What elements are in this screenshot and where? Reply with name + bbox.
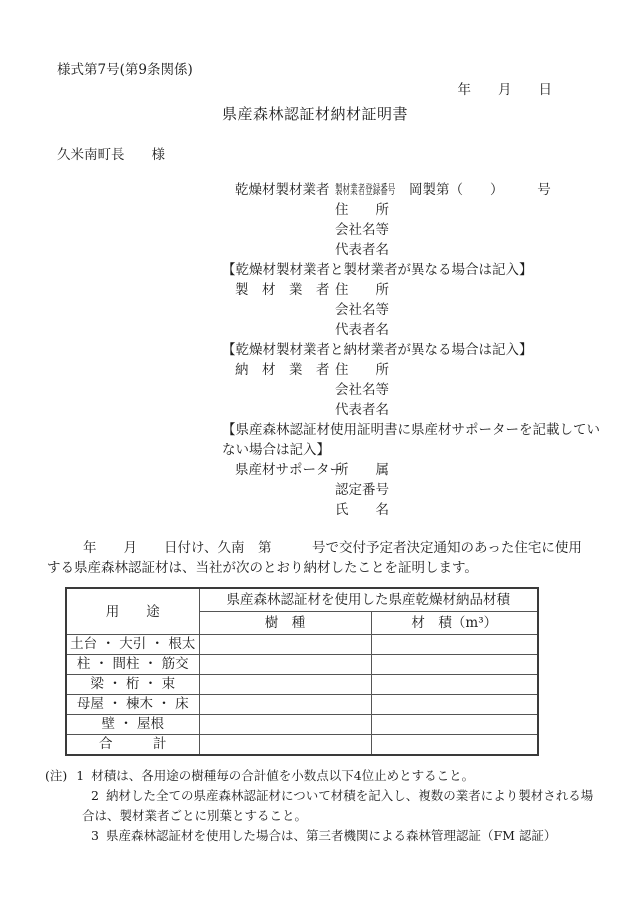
note-number: 3 — [91, 828, 99, 843]
notes-label: (注) — [45, 768, 67, 783]
supporter-bracket-note-line2: ない場合は記入】 — [0, 440, 630, 460]
note-text: 合は、製材業者ごとに別葉とすること。 — [82, 808, 307, 823]
document-title: 県産森林認証材納材証明書 — [0, 104, 630, 124]
dry-lumber-manufacturer-block: 乾燥材製材業者 製材業者登録番号 岡製第（ ） 号 住 所 会社名等 代表者名 — [0, 180, 630, 260]
note-text: 県産森林認証材を使用した場合は、第三者機関による森林管理認証（FM 認証） — [106, 828, 556, 843]
timber-supplier-representative-label: 代表者名 — [0, 400, 630, 420]
note-item-2: 2納材した全ての県産森林認証材について材積を記入し、複数の業者により製材される場 — [0, 786, 630, 806]
volume-cell — [371, 655, 538, 675]
volume-cell — [371, 695, 538, 715]
note-number: 1 — [76, 768, 84, 783]
note-text: 納材した全ての県産森林認証材について材積を記入し、複数の業者により製材される場 — [106, 788, 593, 803]
note-text: 材積は、各用途の樹種毎の合計値を小数点以下4位止めとすること。 — [91, 768, 474, 783]
timber-supplier-block: 【乾燥材製材業者と納材業者が異なる場合は記入】 納 材 業 者 住 所 会社名等… — [0, 340, 630, 420]
materials-table: 用 途 県産森林認証材を使用した県産乾燥材納品材積 樹 種 材 積（m³） 土台… — [65, 587, 539, 756]
supporter-name-label: 氏 名 — [0, 500, 630, 520]
lumber-manufacturer-address-label: 住 所 — [335, 280, 389, 300]
use-cell: 柱 ・ 間柱 ・ 筋交 — [66, 655, 199, 675]
timber-supplier-heading-row: 納 材 業 者 住 所 — [0, 360, 630, 380]
note-number: 2 — [91, 788, 99, 803]
table-row: 梁 ・ 桁 ・ 束 — [66, 675, 538, 695]
volume-cell — [371, 635, 538, 655]
use-cell-total: 合 計 — [66, 735, 199, 756]
table-row: 柱 ・ 間柱 ・ 筋交 — [66, 655, 538, 675]
lumber-manufacturer-bracket-note: 【乾燥材製材業者と製材業者が異なる場合は記入】 — [0, 260, 630, 280]
note-item-3: 3県産森林認証材を使用した場合は、第三者機関による森林管理認証（FM 認証） — [0, 826, 630, 846]
supporter-certification-number-label: 認定番号 — [0, 480, 630, 500]
use-cell: 壁 ・ 屋根 — [66, 715, 199, 735]
dry-lumber-company-label: 会社名等 — [0, 220, 630, 240]
registration-number-label: 製材業者登録番号 — [335, 181, 395, 201]
use-column-header: 用 途 — [66, 588, 199, 635]
dry-lumber-heading-row: 乾燥材製材業者 製材業者登録番号 岡製第（ ） 号 — [0, 180, 630, 200]
species-cell — [199, 735, 371, 756]
note-item-1: (注)1材積は、各用途の樹種毎の合計値を小数点以下4位止めとすること。 — [0, 766, 630, 786]
note-item-2-continuation: 合は、製材業者ごとに別葉とすること。 — [0, 806, 630, 826]
document-page: 様式第7号(第9条関係) 年 月 日 県産森林認証材納材証明書 久米南町長 様 … — [0, 0, 630, 903]
volume-column-header: 材 積（m³） — [371, 612, 538, 635]
use-cell: 母屋 ・ 棟木 ・ 床 — [66, 695, 199, 715]
species-cell — [199, 655, 371, 675]
table-row: 母屋 ・ 棟木 ・ 床 — [66, 695, 538, 715]
lumber-manufacturer-heading-row: 製 材 業 者 住 所 — [0, 280, 630, 300]
lumber-manufacturer-block: 【乾燥材製材業者と製材業者が異なる場合は記入】 製 材 業 者 住 所 会社名等… — [0, 260, 630, 340]
table-header-row-1: 用 途 県産森林認証材を使用した県産乾燥材納品材積 — [66, 588, 538, 612]
volume-cell — [371, 675, 538, 695]
dry-lumber-representative-label: 代表者名 — [0, 240, 630, 260]
statement-line1: 年 月 日付け、久南 第 号で交付予定者決定通知のあった住宅に使用 — [0, 538, 630, 558]
supporter-heading: 県産材サポーター — [235, 460, 335, 480]
dry-lumber-heading: 乾燥材製材業者 — [235, 180, 335, 200]
supporter-affiliation-label: 所 属 — [335, 460, 389, 480]
timber-supplier-company-label: 会社名等 — [0, 380, 630, 400]
registration-number-value: 岡製第（ ） 号 — [409, 180, 551, 200]
form-number: 様式第7号(第9条関係) — [0, 60, 630, 80]
certification-statement: 年 月 日付け、久南 第 号で交付予定者決定通知のあった住宅に使用 する県産森林… — [0, 538, 630, 578]
notes-section: (注)1材積は、各用途の樹種毎の合計値を小数点以下4位止めとすること。 2納材し… — [0, 766, 630, 846]
species-cell — [199, 635, 371, 655]
species-cell — [199, 715, 371, 735]
use-cell: 梁 ・ 桁 ・ 束 — [66, 675, 199, 695]
supporter-heading-row: 県産材サポーター 所 属 — [0, 460, 630, 480]
timber-supplier-address-label: 住 所 — [335, 360, 389, 380]
span-column-header: 県産森林認証材を使用した県産乾燥材納品材積 — [199, 588, 538, 612]
registration-label-wrap: 製材業者登録番号 — [335, 180, 401, 200]
species-cell — [199, 675, 371, 695]
lumber-manufacturer-representative-label: 代表者名 — [0, 320, 630, 340]
dry-lumber-address-label: 住 所 — [0, 200, 630, 220]
timber-supplier-bracket-note: 【乾燥材製材業者と納材業者が異なる場合は記入】 — [0, 340, 630, 360]
supporter-bracket-note-line1: 【県産森林認証材使用証明書に県産材サポーターを記載してい — [0, 420, 630, 440]
use-cell: 土台 ・ 大引 ・ 根太 — [66, 635, 199, 655]
table-row-total: 合 計 — [66, 735, 538, 756]
statement-line2: する県産森林認証材は、当社が次のとおり納材したことを証明します。 — [0, 558, 630, 578]
species-cell — [199, 695, 371, 715]
timber-supplier-heading: 納 材 業 者 — [235, 360, 335, 380]
volume-cell — [371, 715, 538, 735]
species-column-header: 樹 種 — [199, 612, 371, 635]
table-row: 土台 ・ 大引 ・ 根太 — [66, 635, 538, 655]
lumber-manufacturer-heading: 製 材 業 者 — [235, 280, 335, 300]
lumber-manufacturer-company-label: 会社名等 — [0, 300, 630, 320]
issue-date-line: 年 月 日 — [0, 80, 630, 100]
supporter-block: 【県産森林認証材使用証明書に県産材サポーターを記載してい ない場合は記入】 県産… — [0, 420, 630, 520]
volume-cell — [371, 735, 538, 756]
table-row: 壁 ・ 屋根 — [66, 715, 538, 735]
addressee-line: 久米南町長 様 — [0, 145, 630, 165]
